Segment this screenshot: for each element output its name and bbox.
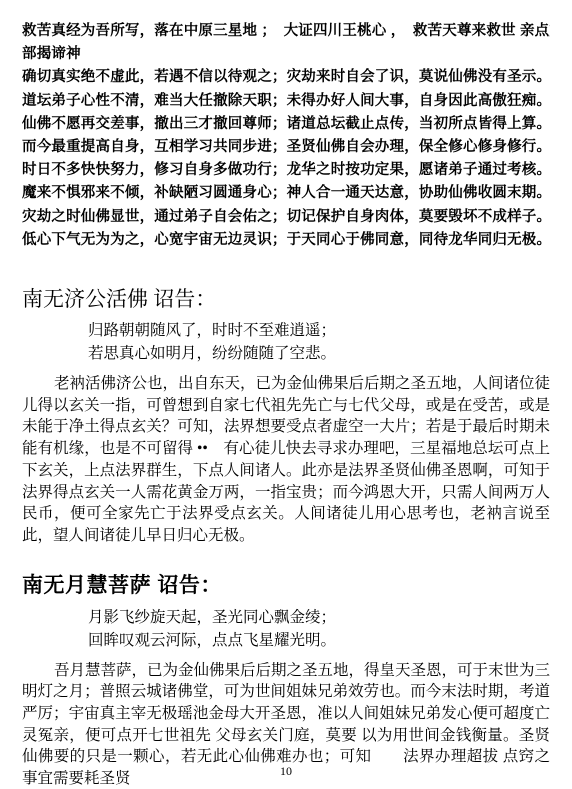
scripture-line: 低心下气无为为之，心宽宇宙无边灵识；于天同心于佛同意，同待龙华同归无极。 — [22, 229, 550, 252]
section-jigong-buddha: 南无济公活佛 诏告： 归路朝朝随风了，时时不至难逍遥； 若思真心如明月，纷纷随随… — [22, 286, 550, 547]
verse-line: 归路朝朝随风了，时时不至难逍遥； — [88, 319, 550, 342]
scripture-line: 救苦真经为吾所写，落在中原三星地 ； 大证四川王桃心 ， 救苦天尊来救世 亲点文 — [22, 20, 550, 43]
scripture-line: 确切真实绝不虚此，若遇不信以待观之；灾劫来时自会了识，莫说仙佛没有圣示。 — [22, 66, 550, 89]
scripture-line: 魔来不惧邪来不倾，补缺陋习圆通身心；神人合一通天达意，协助仙佛收圆末期。 — [22, 182, 550, 205]
scripture-line: 道坛弟子心性不清，难当大任撤除天职；未得办好人间大事，自身因此高傲狂痴。 — [22, 90, 550, 113]
section-paragraph: 老衲活佛济公也，出自东天，已为金仙佛果后后期之圣五地，人间诸位徒儿得以玄关一指，… — [22, 373, 550, 547]
scripture-line: 时日不多快快努力，修习自身多做功行；龙华之时按功定果，愿诸弟子通过考核。 — [22, 159, 550, 182]
section-heading: 南无济公活佛 诏告： — [22, 286, 550, 312]
verse-line: 回眸叹观云河际，点点飞星耀光明。 — [88, 629, 550, 652]
scripture-block: 救苦真经为吾所写，落在中原三星地 ； 大证四川王桃心 ， 救苦天尊来救世 亲点文… — [22, 20, 550, 252]
document-page: 救苦真经为吾所写，落在中原三星地 ； 大证四川王桃心 ， 救苦天尊来救世 亲点文… — [0, 0, 572, 789]
page-number: 10 — [0, 764, 572, 779]
verse-couplet: 月影飞纱旋天起，圣光同心飘金绫； 回眸叹观云河际，点点飞星耀光明。 — [22, 606, 550, 652]
verse-couplet: 归路朝朝随风了，时时不至难逍遥； 若思真心如明月，纷纷随随了空悲。 — [22, 319, 550, 365]
scripture-line: 部揭谛神 — [22, 43, 550, 66]
scripture-line: 而今最重提高自身，互相学习共同步进；圣贤仙佛自会办理，保全修心修身修行。 — [22, 136, 550, 159]
verse-line: 若思真心如明月，纷纷随随了空悲。 — [88, 342, 550, 365]
section-yuehui-bodhisattva: 南无月慧菩萨 诏告： 月影飞纱旋天起，圣光同心飘金绫； 回眸叹观云河际，点点飞星… — [22, 573, 550, 789]
scripture-line: 灾劫之时仙佛显世，通过弟子自会佑之；切记保护自身肉体，莫要毁坏不成样子。 — [22, 206, 550, 229]
section-heading: 南无月慧菩萨 诏告： — [22, 573, 550, 599]
scripture-line: 仙佛不愿再交差事，撤出三才撤回尊师；诸道总坛截止点传，当初所点皆得上算。 — [22, 113, 550, 136]
verse-line: 月影飞纱旋天起，圣光同心飘金绫； — [88, 606, 550, 629]
